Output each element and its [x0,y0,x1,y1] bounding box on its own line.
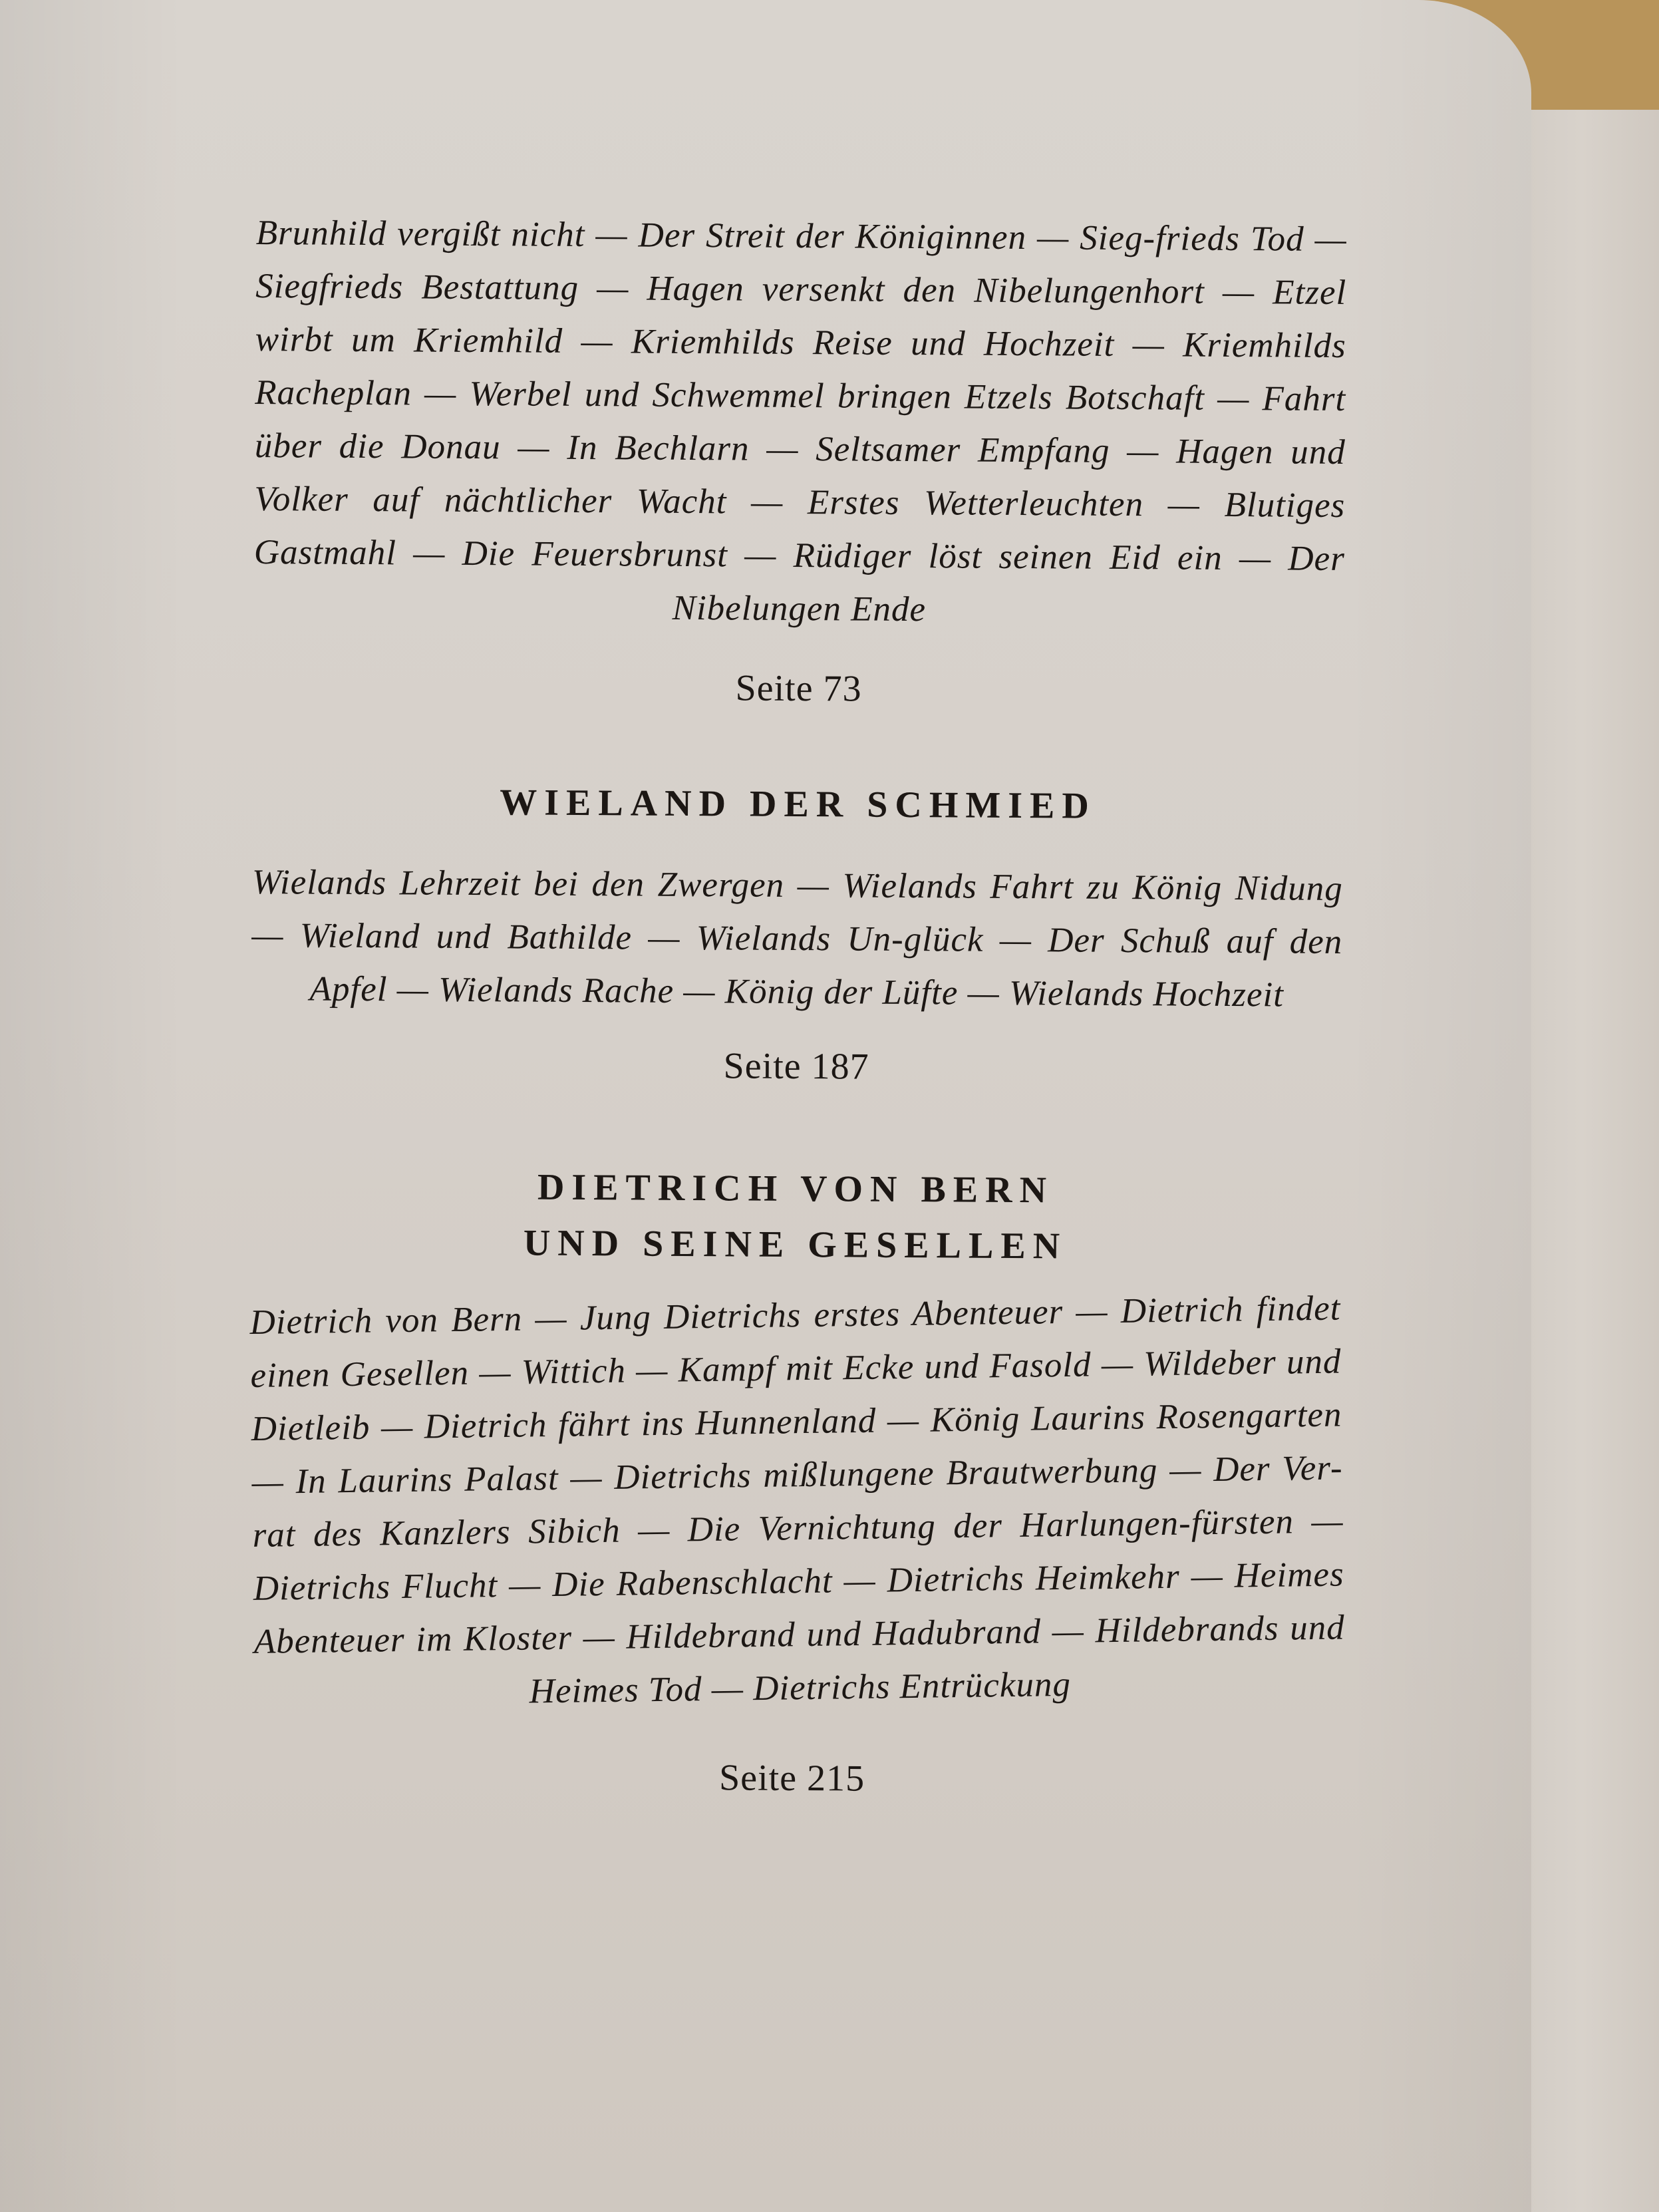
chapter-list: Brunhild vergißt nicht — Der Streit der … [253,206,1347,639]
toc-section-wieland: WIELAND DER SCHMIED Wielands Lehrzeit be… [251,773,1344,1091]
book-page: Brunhild vergißt nicht — Der Streit der … [0,0,1531,2212]
chapter-list: Dietrich von Bern — Jung Dietrichs erste… [249,1282,1346,1722]
section-title-line-2: UND SEINE GESELLEN [524,1222,1068,1267]
table-of-contents: Brunhild vergißt nicht — Der Streit der … [246,206,1347,1803]
section-title: WIELAND DER SCHMIED [252,773,1343,836]
section-title: DIETRICH VON BERN UND SEINE GESELLEN [249,1158,1341,1276]
underlying-page [1530,110,1659,2212]
page-reference: Seite 215 [246,1754,1337,1803]
page-reference: Seite 73 [253,664,1344,713]
page-reference: Seite 187 [251,1042,1342,1091]
toc-section-dietrich: DIETRICH VON BERN UND SEINE GESELLEN Die… [246,1158,1341,1803]
chapter-list: Wielands Lehrzeit bei den Zwergen — Wiel… [251,856,1343,1022]
toc-section-nibelungen: Brunhild vergißt nicht — Der Streit der … [253,206,1347,713]
section-title-line-1: DIETRICH VON BERN [537,1167,1054,1211]
